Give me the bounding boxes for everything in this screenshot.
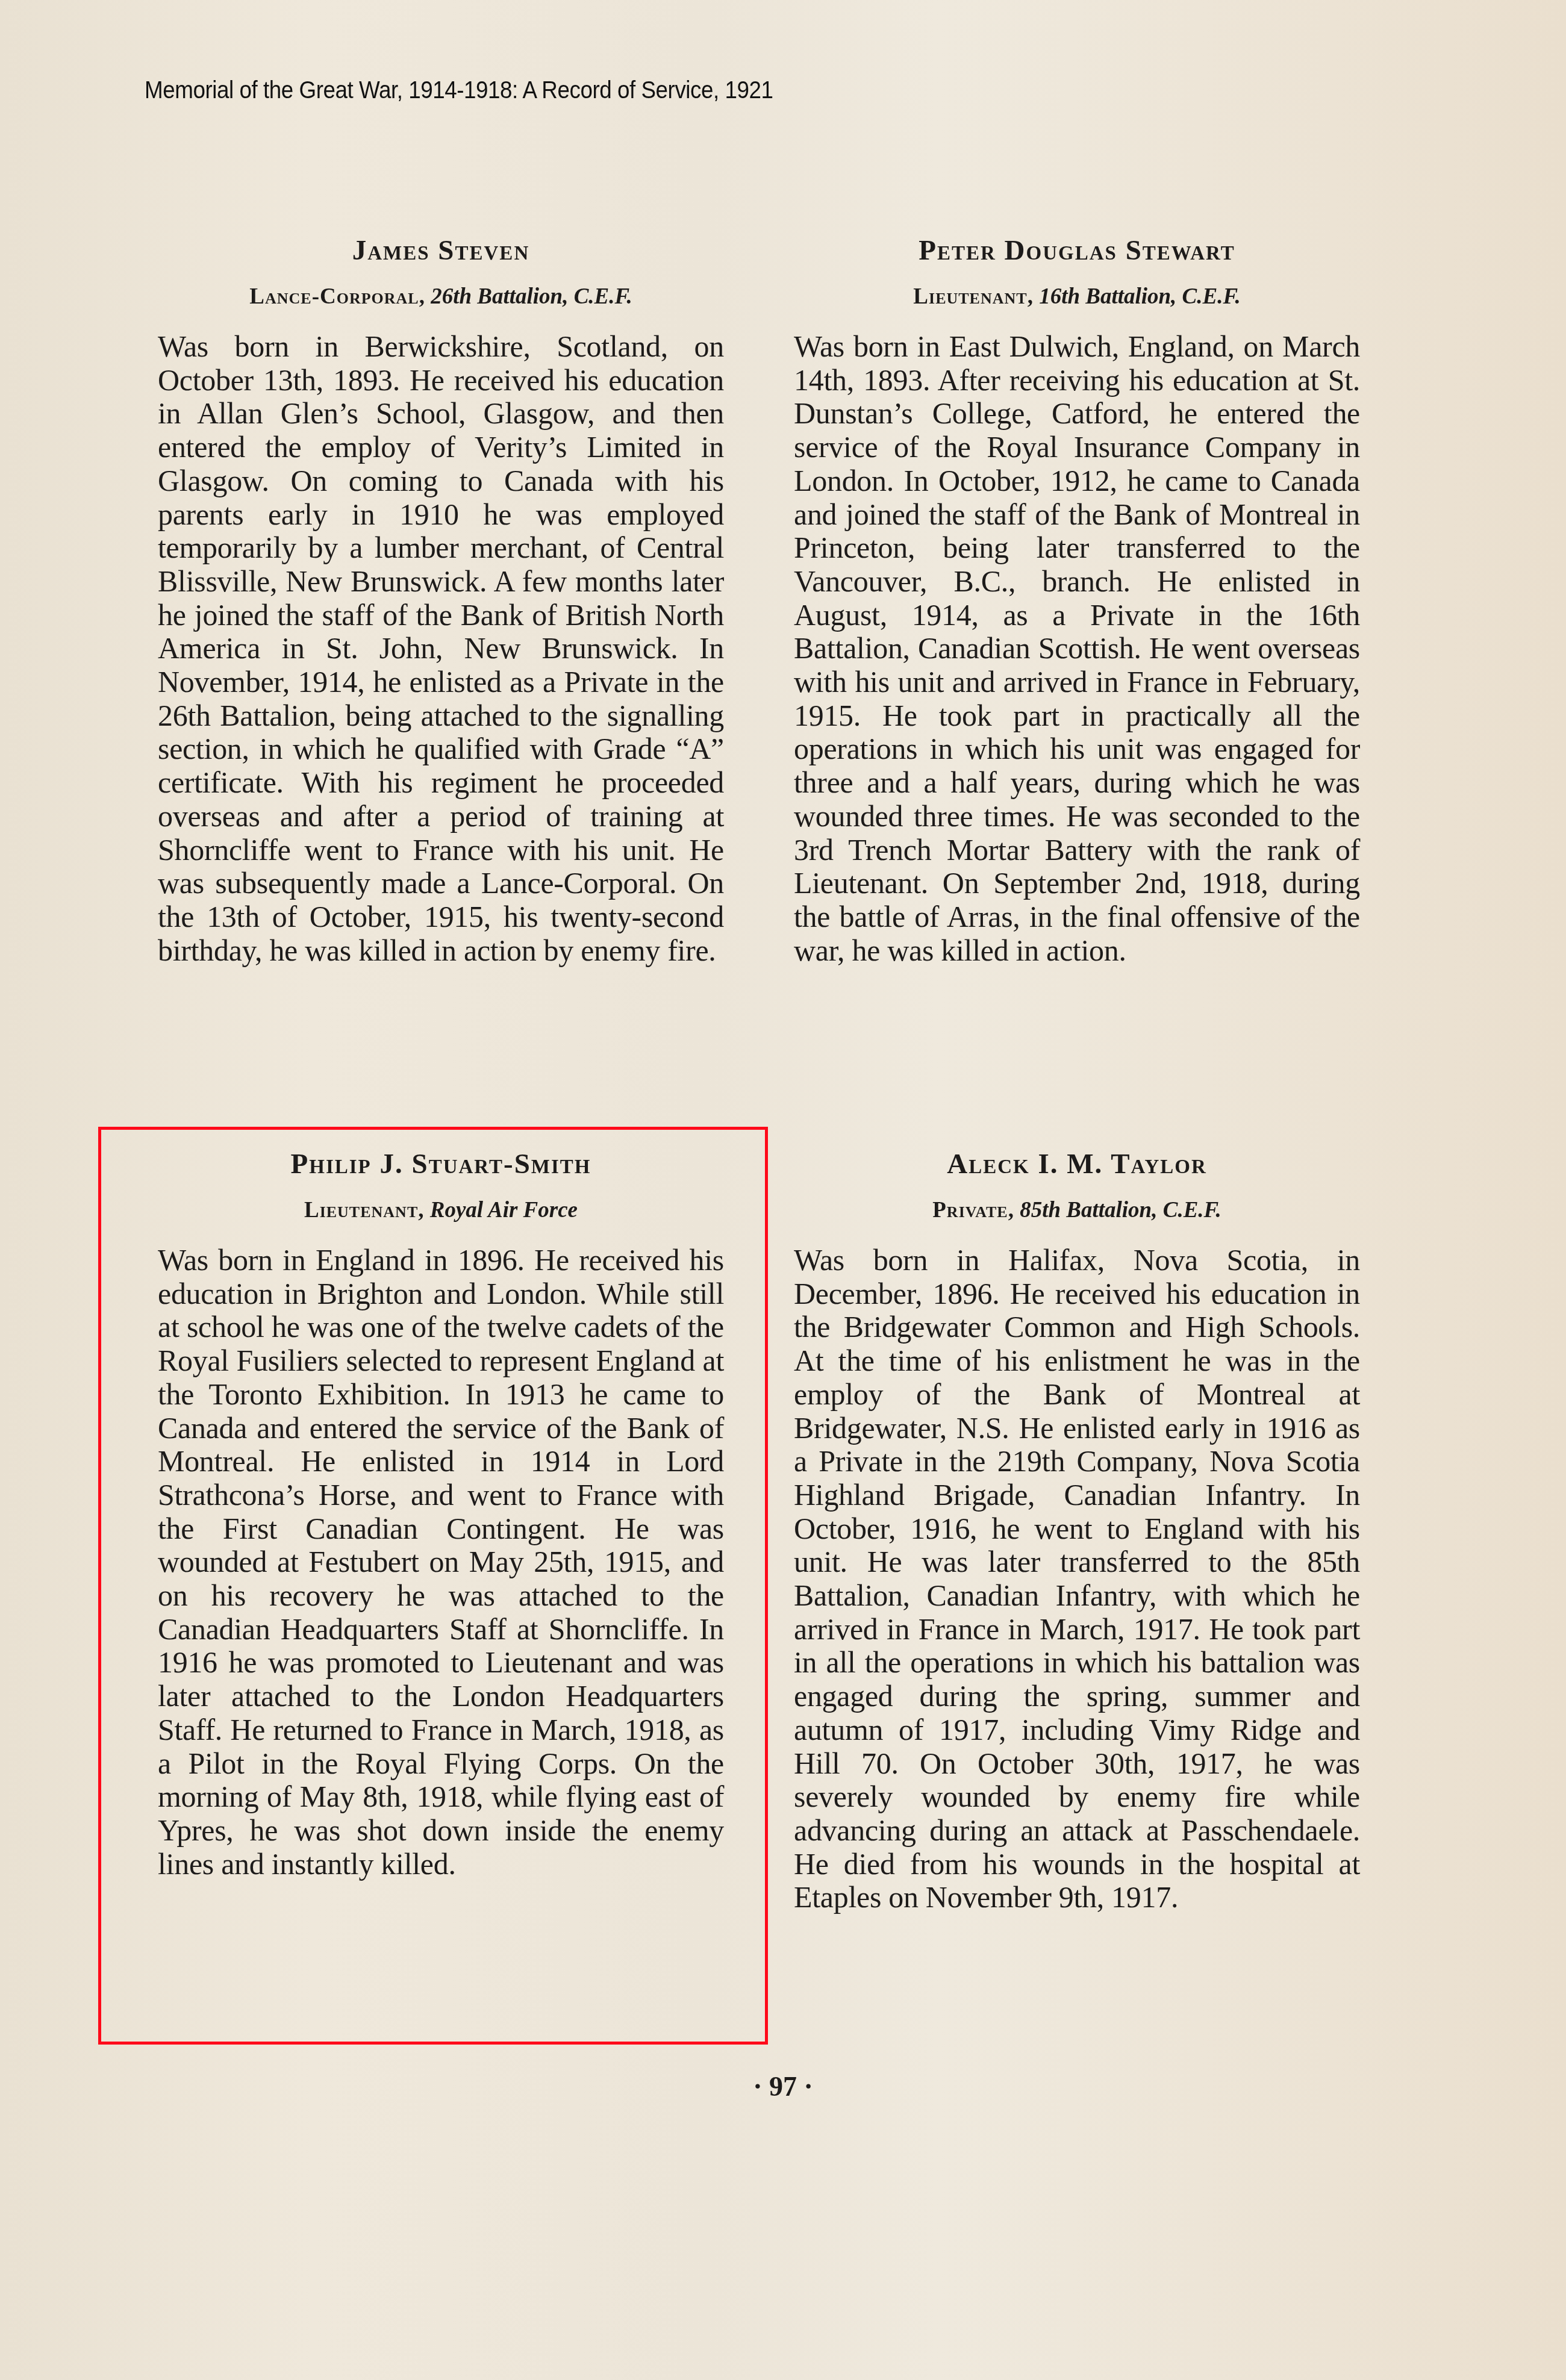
entry-unit: 26th Battalion, C.E.F. [431,284,632,309]
source-title: Memorial of the Great War, 1914-1918: A … [145,77,773,104]
entry-rank-line: Lance-Corporal, 26th Battalion, C.E.F. [158,282,724,312]
entry-biography: Was born in East Dulwich, England, on Ma… [794,330,1360,967]
entry-biography: Was born in Halifax, Nova Scotia, in Dec… [794,1244,1360,1914]
entry-biography: Was born in England in 1896. He received… [158,1244,724,1881]
entry-name: Aleck I. M. Taylor [794,1147,1360,1181]
entry-rank-line: Lieutenant, 16th Battalion, C.E.F. [794,282,1360,312]
entry-name: Philip J. Stuart-Smith [158,1147,724,1181]
entry-unit: 85th Battalion, C.E.F. [1020,1198,1221,1223]
memorial-entry: Aleck I. M. Taylor Private, 85th Battali… [794,1147,1360,1945]
entry-rank: Lieutenant, [304,1198,425,1223]
entry-name: Peter Douglas Stewart [794,234,1360,267]
entry-name: James Steven [158,234,724,267]
memorial-entry: James Steven Lance-Corporal, 26th Battal… [158,234,724,997]
entry-rank-line: Private, 85th Battalion, C.E.F. [794,1195,1360,1226]
memorial-entry: Peter Douglas Stewart Lieutenant, 16th B… [794,234,1360,997]
page-number: · 97 · [0,2072,1566,2102]
memorial-entry-highlighted: Philip J. Stuart-Smith Lieutenant, Royal… [158,1147,724,1911]
entry-unit: Royal Air Force [430,1198,578,1223]
entry-rank: Lieutenant, [913,284,1034,309]
entry-rank: Private, [932,1198,1014,1223]
entry-rank: Lance-Corporal, [249,284,425,309]
entry-unit: 16th Battalion, C.E.F. [1039,284,1241,309]
entry-biography: Was born in Berwickshire, Scotland, on O… [158,330,724,967]
entry-rank-line: Lieutenant, Royal Air Force [158,1195,724,1226]
